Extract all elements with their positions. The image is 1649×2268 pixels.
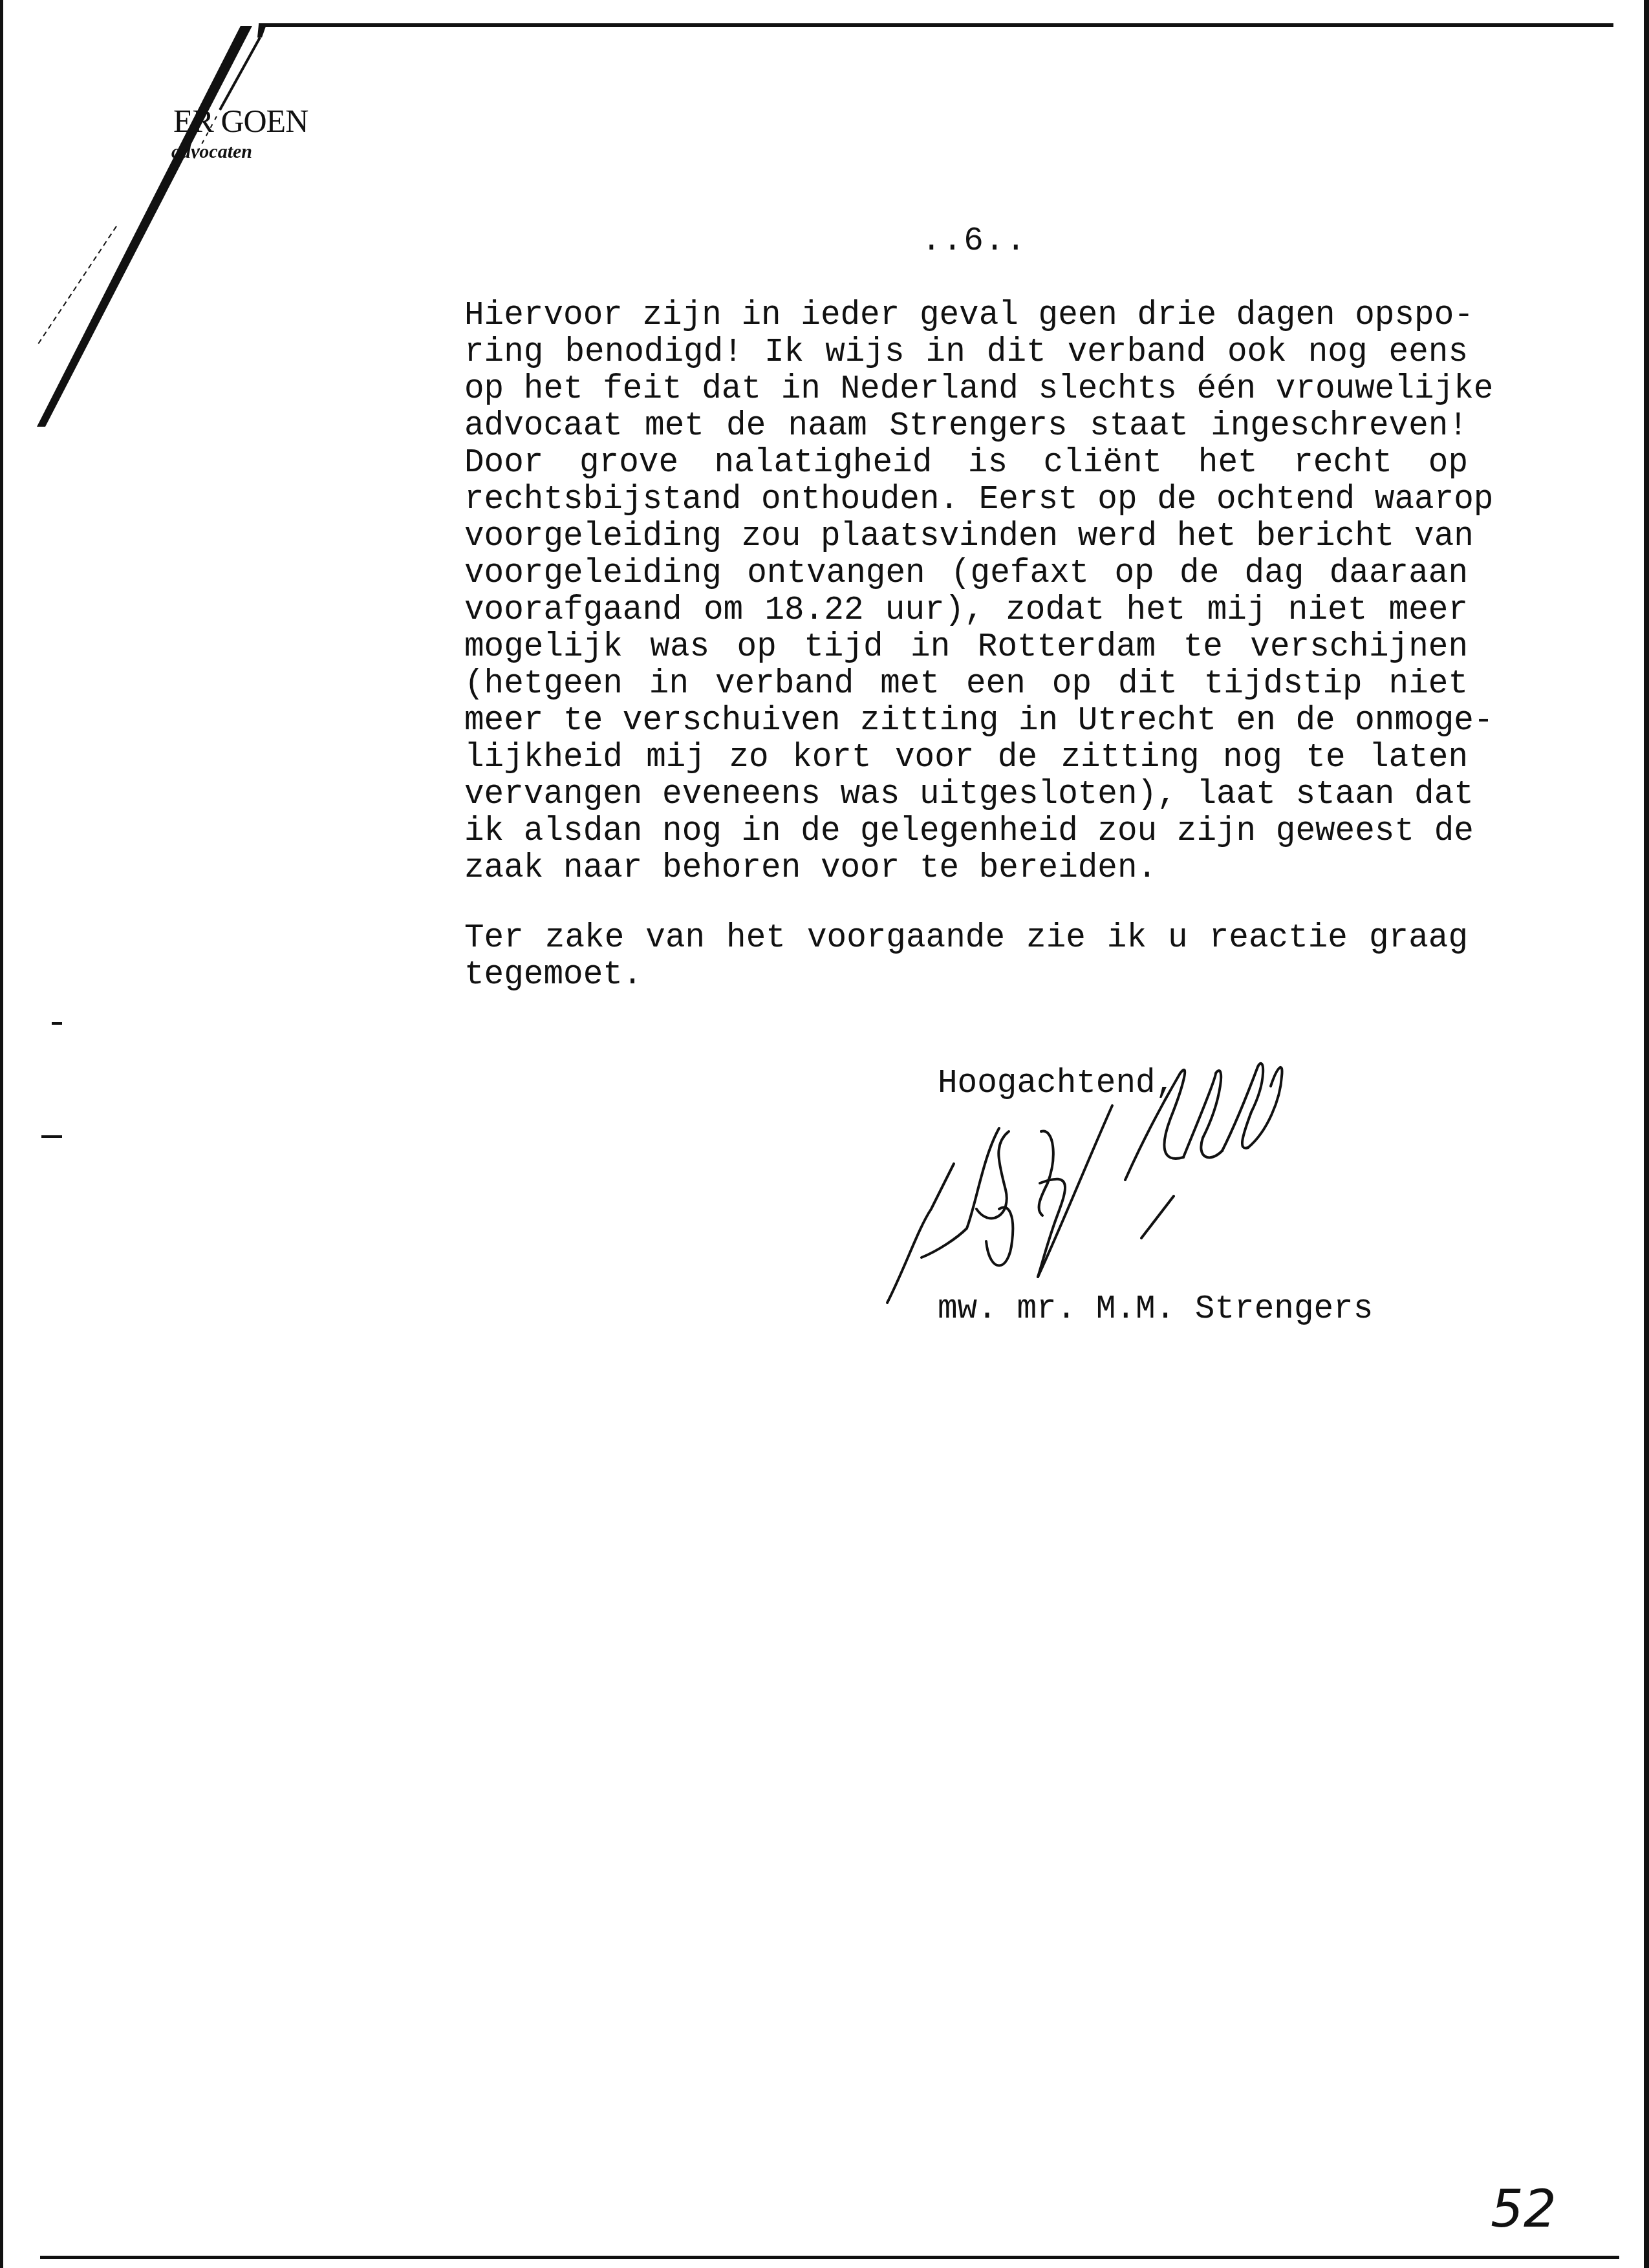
handwritten-page-number: 52 [1491, 2179, 1557, 2239]
document-page: ER GOEN advocaten ..6.. Hiervoor zijn in… [0, 0, 1649, 2268]
handwritten-signature-icon [0, 0, 1649, 2268]
signer-name: mw. mr. M.M. Strengers [938, 1291, 1373, 1328]
